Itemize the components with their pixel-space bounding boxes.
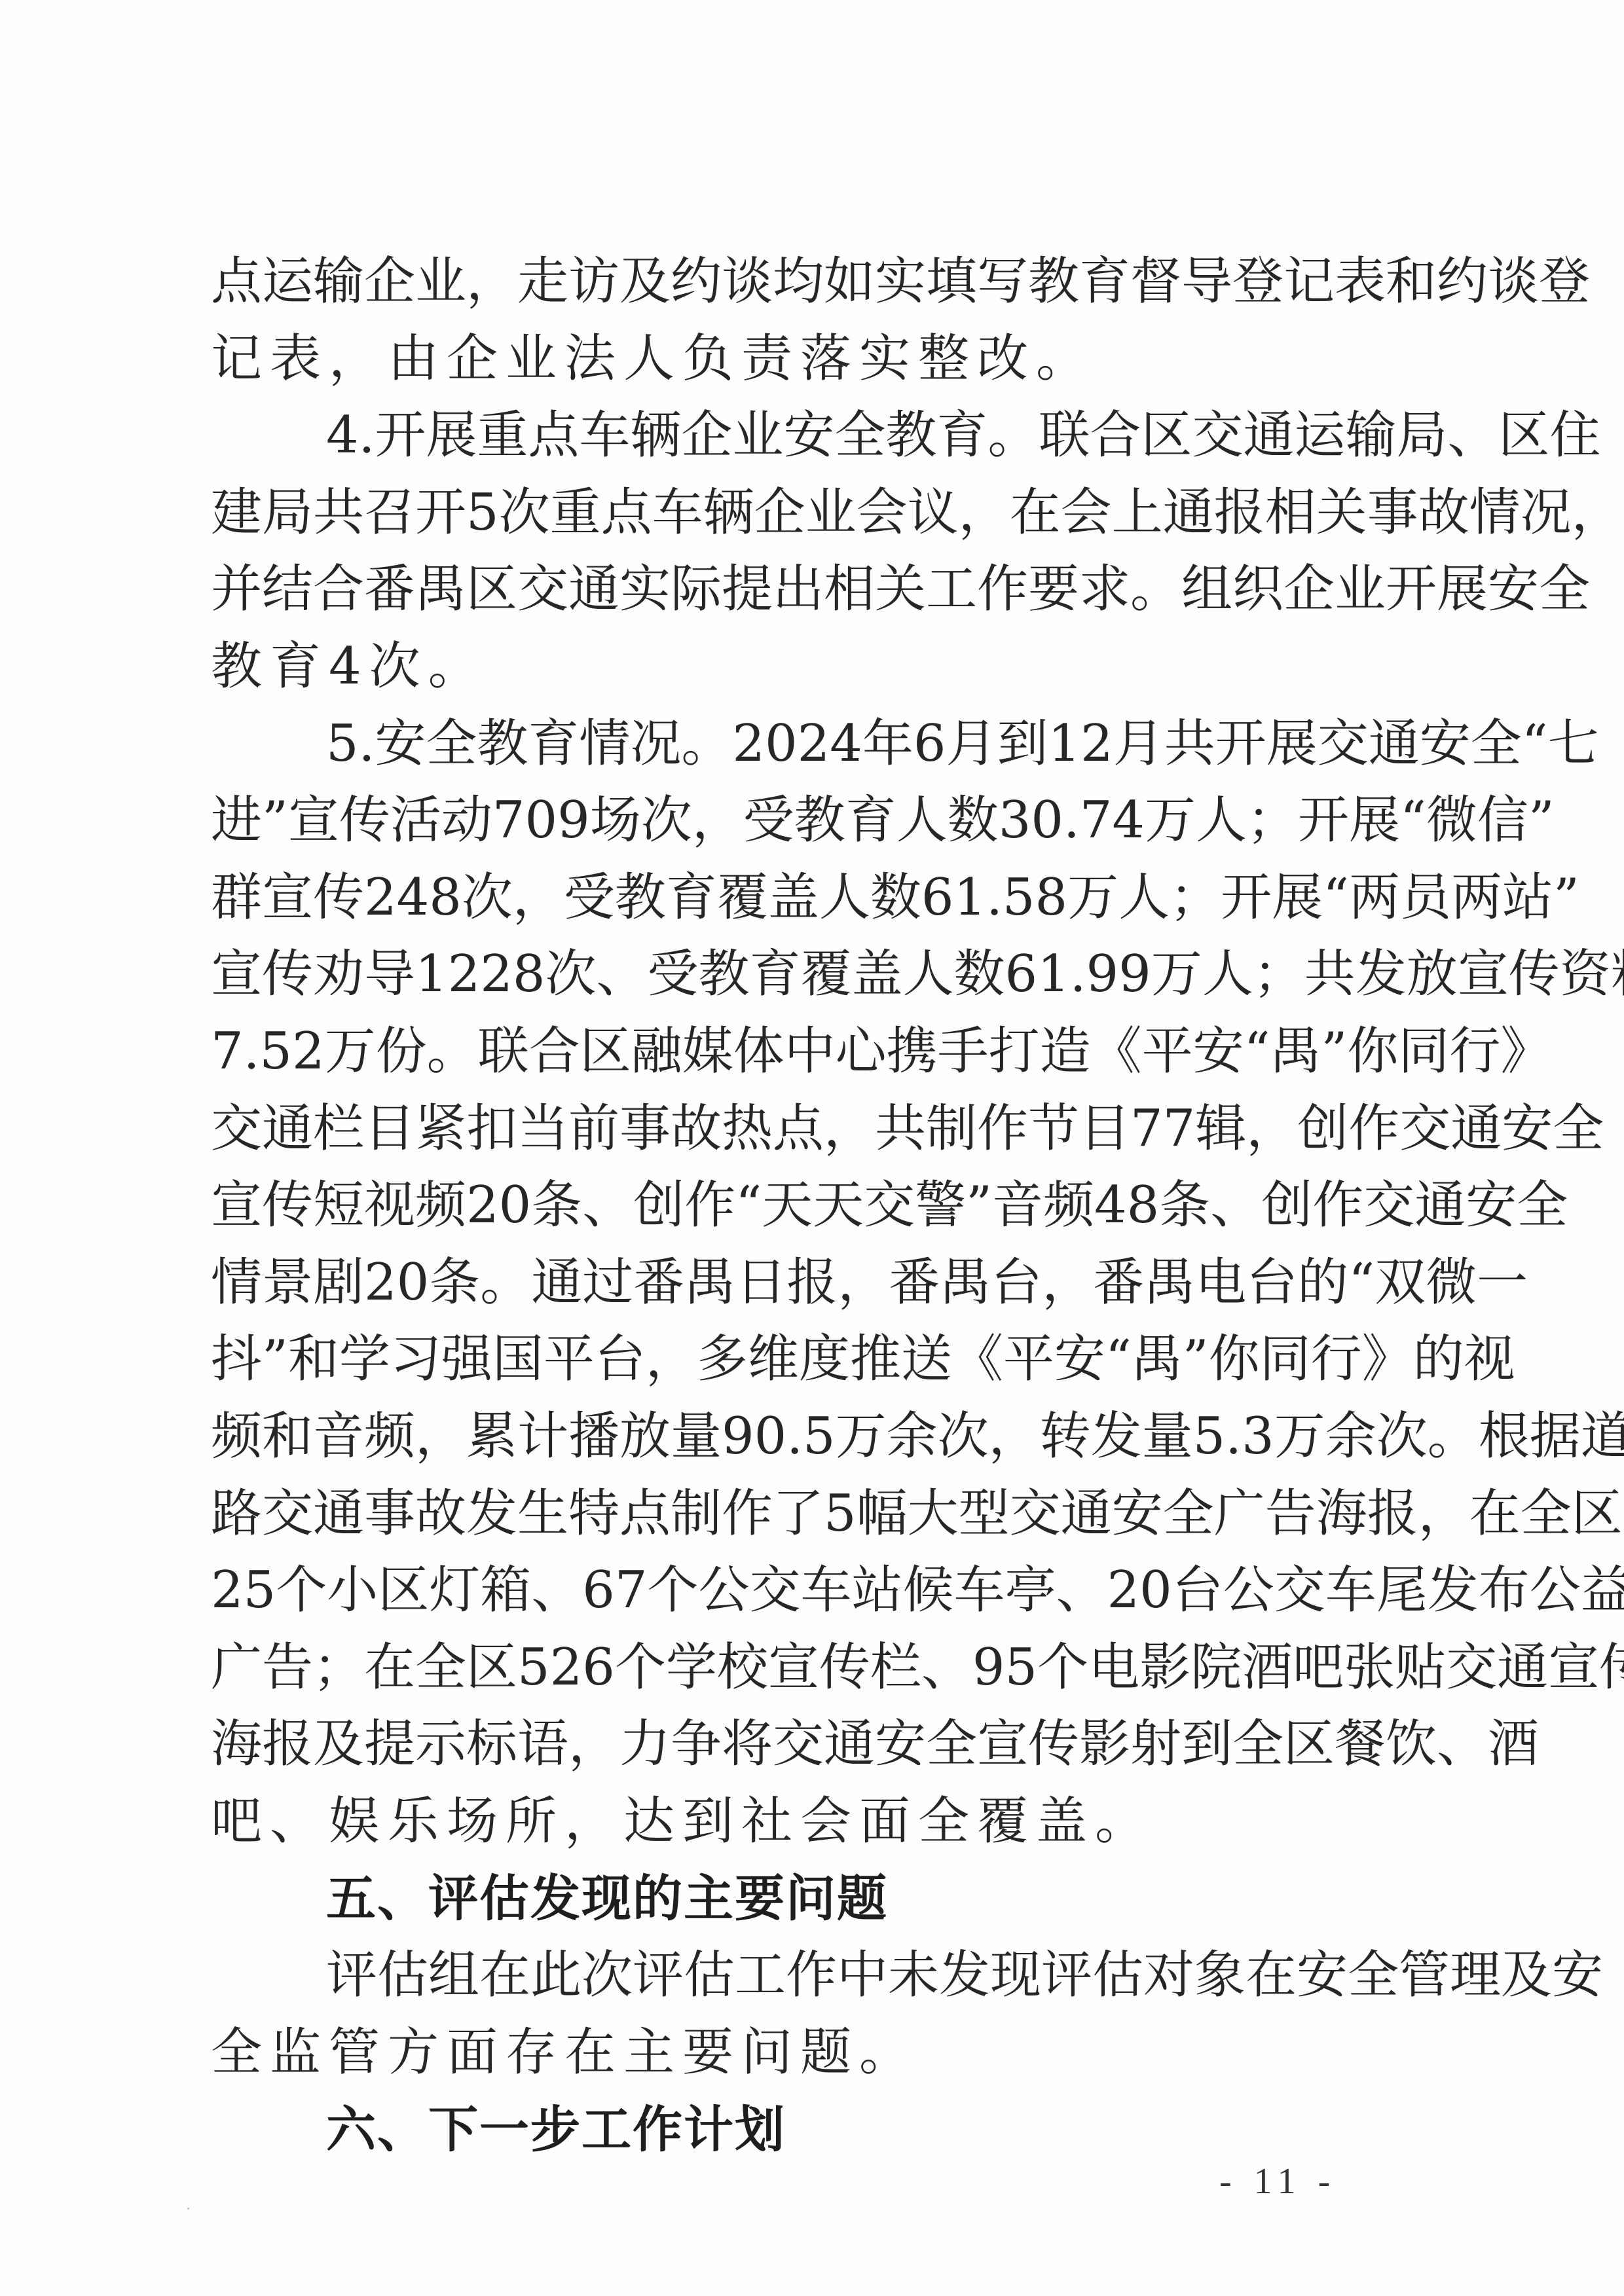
page-number: - 11 - <box>1219 2160 1337 2202</box>
paragraph-line: 抖”和学习强国平台，多维度推送《平安“禺”你同行》的视 <box>211 1321 1435 1398</box>
paragraph-line: 路交通事故发生特点制作了5幅大型交通安全广告海报，在全区 <box>211 1476 1435 1553</box>
section-heading-5: 五、评估发现的主要问题 <box>211 1860 1435 1937</box>
scan-speck <box>187 2208 189 2210</box>
paragraph-line: 教育4次。 <box>211 629 1435 706</box>
paragraph-line: 宣传劝导1228次、受教育覆盖人数61.99万人；共发放宣传资料 <box>211 936 1435 1013</box>
paragraph-line: 7.52万份。联合区融媒体中心携手打造《平安“禺”你同行》 <box>211 1013 1435 1091</box>
paragraph-line: 全监管方面存在主要问题。 <box>211 2014 1435 2092</box>
paragraph-item-4-start: 4.开展重点车辆企业安全教育。联合区交通运输局、区住 <box>211 397 1435 475</box>
paragraph-line: 进”宣传活动709场次，受教育人数30.74万人；开展“微信” <box>211 782 1435 860</box>
paragraph-line: 评估组在此次评估工作中未发现评估对象在安全管理及安 <box>211 1937 1435 2014</box>
paragraph-line: 记表，由企业法人负责落实整改。 <box>211 321 1435 398</box>
paragraph-line: 吧、娱乐场所，达到社会面全覆盖。 <box>211 1783 1435 1861</box>
paragraph-line: 25个小区灯箱、67个公交车站候车亭、20台公交车尾发布公益 <box>211 1552 1435 1630</box>
paragraph-line: 并结合番禺区交通实际提出相关工作要求。组织企业开展安全 <box>211 551 1435 629</box>
paragraph-line: 广告；在全区526个学校宣传栏、95个电影院酒吧张贴交通宣传 <box>211 1630 1435 1707</box>
paragraph-line: 建局共召开5次重点车辆企业会议，在会上通报相关事故情况， <box>211 475 1435 552</box>
section-heading-6: 六、下一步工作计划 <box>211 2091 1435 2168</box>
paragraph-line: 点运输企业，走访及约谈均如实填写教育督导登记表和约谈登 <box>211 244 1435 321</box>
paragraph-line: 群宣传248次，受教育覆盖人数61.58万人；开展“两员两站” <box>211 860 1435 937</box>
paragraph-item-5-start: 5.安全教育情况。2024年6月到12月共开展交通安全“七 <box>211 706 1435 783</box>
paragraph-line: 交通栏目紧扣当前事故热点，共制作节目77辑，创作交通安全 <box>211 1091 1435 1168</box>
paragraph-line: 海报及提示标语，力争将交通安全宣传影射到全区餐饮、酒 <box>211 1706 1435 1783</box>
document-body: 点运输企业，走访及约谈均如实填写教育督导登记表和约谈登 记表，由企业法人负责落实… <box>211 244 1435 2168</box>
paragraph-line: 频和音频，累计播放量90.5万余次，转发量5.3万余次。根据道 <box>211 1398 1435 1476</box>
paragraph-line: 宣传短视频20条、创作“天天交警”音频48条、创作交通安全 <box>211 1167 1435 1245</box>
document-page: 点运输企业，走访及约谈均如实填写教育督导登记表和约谈登 记表，由企业法人负责落实… <box>0 0 1624 2296</box>
paragraph-line: 情景剧20条。通过番禺日报，番禺台，番禺电台的“双微一 <box>211 1245 1435 1322</box>
